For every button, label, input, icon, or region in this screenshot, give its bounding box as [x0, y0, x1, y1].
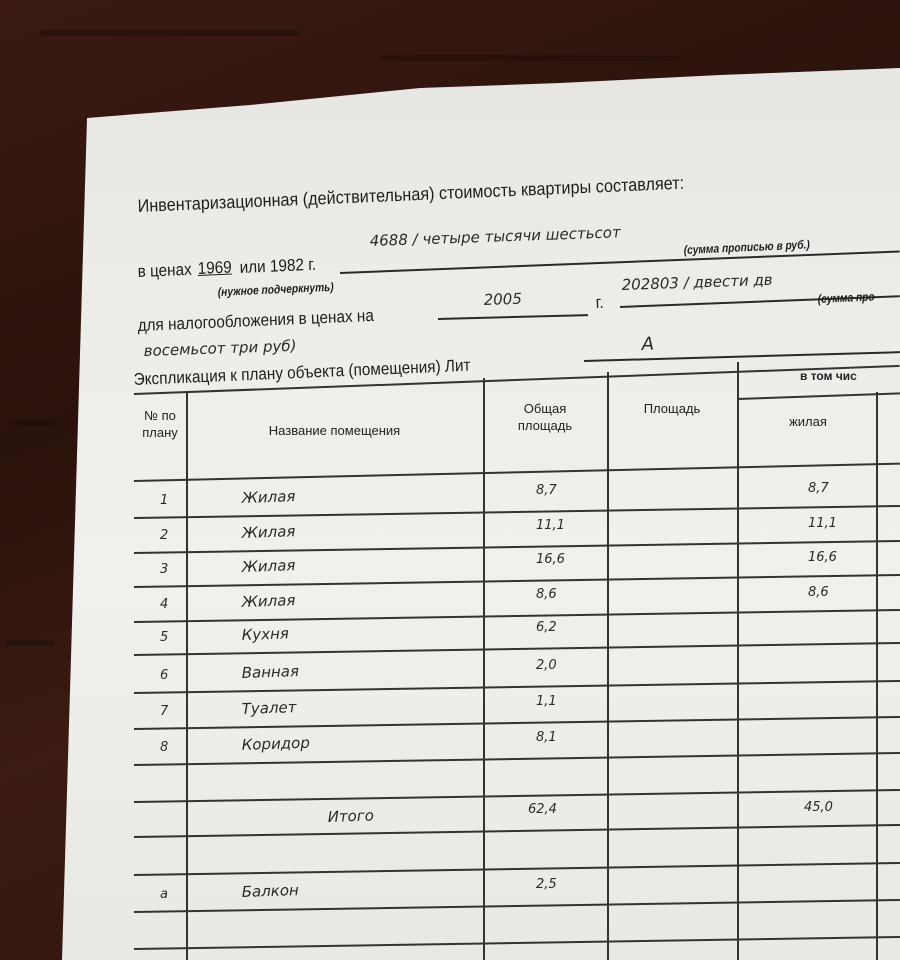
room-name: Кухня [241, 624, 289, 644]
row-border [134, 936, 900, 950]
row-number: а [160, 887, 168, 902]
litera: А [641, 334, 654, 355]
inventory-value-line [340, 251, 900, 274]
year-1969: 1969 [197, 258, 232, 279]
wood-grain [10, 420, 55, 426]
room-name: Ванная [241, 662, 299, 682]
or-1982-label: или 1982 г. [239, 255, 316, 278]
explication-label: Экспликация к плану объекта (помещения) … [133, 356, 470, 390]
living-area: 11,1 [808, 516, 837, 531]
header-living: жилая [740, 413, 876, 430]
row-number: 1 [160, 493, 168, 508]
row-number: 6 [160, 668, 168, 683]
tax-value-continued: восемьсот три руб) [143, 337, 296, 360]
total-area: 62,4 [528, 802, 557, 817]
tax-year: 2005 [483, 290, 522, 309]
room-name: Жилая [241, 591, 295, 611]
row-number: 8 [160, 740, 168, 755]
heading: Инвентаризационная (действительная) стои… [137, 173, 684, 217]
row-border [134, 899, 900, 913]
room-name: Жилая [241, 487, 295, 507]
col-border-4 [737, 362, 739, 960]
row-number: 5 [160, 630, 168, 645]
header-total-area: Общая площадь [500, 400, 590, 434]
row-border [134, 824, 900, 838]
row-number: 3 [160, 562, 168, 577]
room-name: Туалет [241, 698, 296, 718]
total-area: 1,1 [536, 694, 557, 709]
wood-grain [5, 640, 55, 646]
document-paper: Инвентаризационная (действительная) стои… [0, 0, 900, 960]
total-area: 6,2 [536, 620, 557, 635]
row-number: 4 [160, 597, 168, 612]
total-area: 2,5 [536, 877, 557, 892]
wood-grain [380, 55, 680, 61]
header-area: Площадь [607, 400, 737, 417]
room-name: Коридор [241, 734, 310, 754]
row-border [134, 505, 900, 519]
col-border-2 [483, 378, 485, 960]
room-name: Жилая [241, 522, 295, 542]
row-border [134, 716, 900, 730]
row-border [134, 752, 900, 766]
year-suffix: г. [595, 293, 604, 313]
header-including: в том чис [800, 368, 900, 385]
row-border [134, 609, 900, 623]
underline-hint: (нужное подчеркнуть) [218, 280, 334, 299]
total-area: 11,1 [536, 518, 565, 533]
row-number: 2 [160, 528, 168, 543]
total-area: 8,1 [536, 730, 557, 745]
row-border [134, 574, 900, 588]
litera-line [584, 351, 900, 361]
header-name: Название помещения [186, 422, 483, 439]
total-area: 16,6 [536, 552, 565, 567]
tax-year-line [438, 314, 588, 319]
col-border-5 [876, 392, 878, 960]
inventory-value-handwritten: 4688 / четыре тысячи шестьсот [369, 223, 621, 250]
row-border [134, 680, 900, 694]
total-area: 8,6 [536, 587, 557, 602]
living-area: 45,0 [804, 800, 833, 815]
room-name: Балкон [241, 881, 299, 901]
room-name: Жилая [241, 556, 295, 576]
prices-label: в ценах [137, 260, 192, 282]
row-number: 7 [160, 704, 168, 719]
room-name: Итого [327, 806, 374, 826]
col-border-3 [607, 372, 609, 960]
row-border [134, 789, 900, 803]
tax-label: для налогообложения в ценах на [137, 306, 374, 336]
header-num: № по плану [134, 407, 186, 441]
living-area: 8,7 [808, 481, 829, 496]
total-area: 8,7 [536, 483, 557, 498]
row-border [134, 540, 900, 554]
sum-hint-2: (сумма про [818, 289, 875, 306]
wood-grain [40, 30, 300, 36]
living-area: 16,6 [808, 550, 837, 565]
header-bottom-border [134, 463, 900, 482]
total-area: 2,0 [536, 658, 557, 673]
tax-value-handwritten: 202803 / двести дв [621, 271, 773, 294]
living-area: 8,6 [808, 585, 829, 600]
row-border [134, 642, 900, 656]
row-border [134, 862, 900, 876]
